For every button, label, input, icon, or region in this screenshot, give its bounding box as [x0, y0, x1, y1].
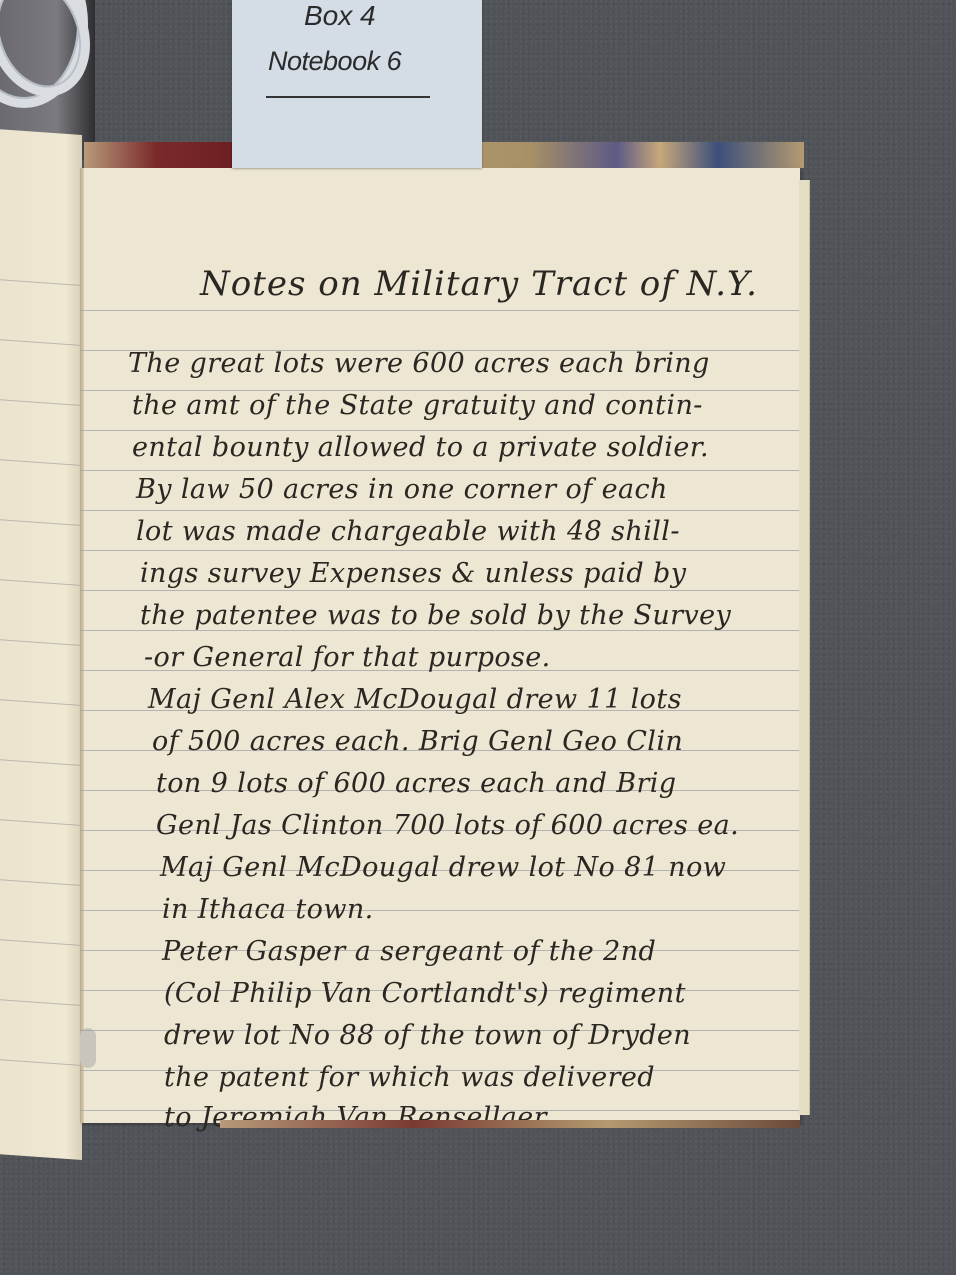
- text-line: the patent for which was delivered: [164, 1062, 800, 1093]
- text-line: lot was made chargeable with 48 shill-: [136, 516, 800, 547]
- text-line: By law 50 acres in one corner of each: [136, 474, 800, 505]
- left-page: [0, 129, 82, 1160]
- marbled-cover-bottom-edge: [220, 1120, 800, 1128]
- page-gutter: [80, 168, 84, 1123]
- text-line: Genl Jas Clinton 700 lots of 600 acres e…: [156, 810, 800, 841]
- binding-mark: [80, 1028, 96, 1068]
- text-line: the amt of the State gratuity and contin…: [132, 390, 800, 421]
- page-title: Notes on Military Tract of N.Y.: [200, 264, 800, 304]
- text-line: Maj Genl Alex McDougal drew 11 lots: [148, 684, 800, 715]
- notebook-page: Notes on Military Tract of N.Y. The grea…: [80, 168, 800, 1123]
- text-line: ental bounty allowed to a private soldie…: [132, 432, 800, 463]
- text-line: The great lots were 600 acres each bring: [128, 348, 800, 379]
- archival-label-slip: Box 4 Notebook 6: [232, 0, 482, 168]
- text-line: of 500 acres each. Brig Genl Geo Clin: [152, 726, 800, 757]
- box-number-label: Box 4: [304, 0, 376, 32]
- text-line: the patentee was to be sold by the Surve…: [140, 600, 800, 631]
- text-line: in Ithaca town.: [162, 894, 800, 925]
- text-line: (Col Philip Van Cortlandt's) regiment: [164, 978, 800, 1009]
- text-line: to Jeremiah Van Rensellaer: [164, 1102, 800, 1133]
- notebook-number-label: Notebook 6: [268, 46, 401, 77]
- label-underline: [266, 96, 430, 98]
- text-line: Maj Genl McDougal drew lot No 81 now: [160, 852, 800, 883]
- text-line: drew lot No 88 of the town of Dryden: [164, 1020, 800, 1051]
- text-line: ton 9 lots of 600 acres each and Brig: [156, 768, 800, 799]
- text-line: Peter Gasper a sergeant of the 2nd: [162, 936, 800, 967]
- text-line: ings survey Expenses & unless paid by: [140, 558, 800, 589]
- text-line: -or General for that purpose.: [144, 642, 800, 673]
